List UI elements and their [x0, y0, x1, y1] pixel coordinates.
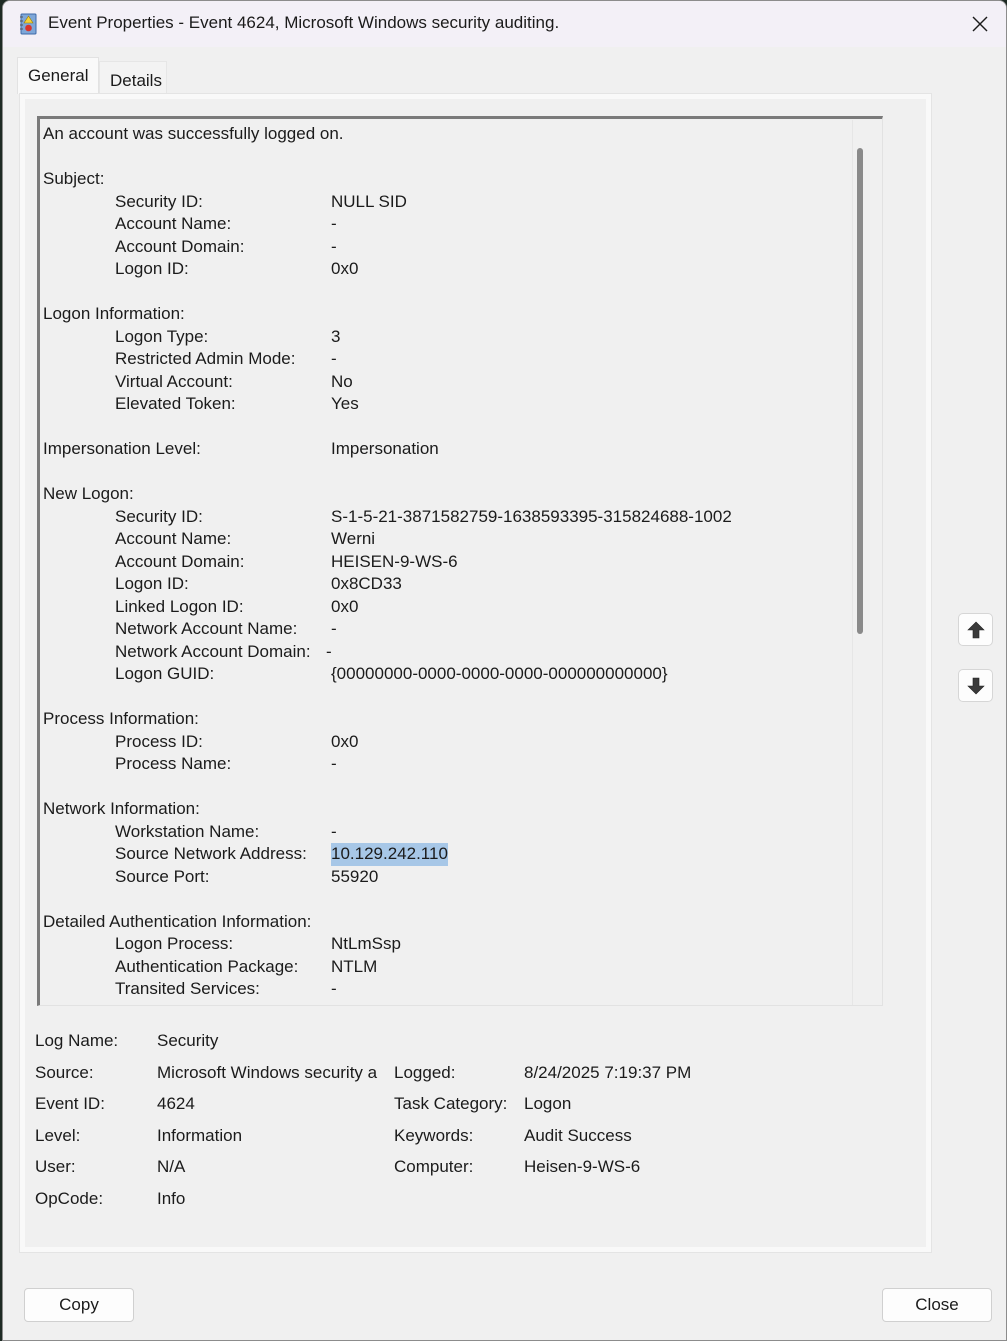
field-value: Impersonation — [331, 438, 439, 461]
metadata-label: User: — [35, 1157, 76, 1177]
metadata-value: Information — [157, 1126, 242, 1146]
field-label: Network Account Domain: — [115, 641, 311, 664]
arrow-down-icon — [966, 676, 986, 696]
metadata-value: N/A — [157, 1157, 185, 1177]
metadata-value: Audit Success — [524, 1126, 632, 1146]
field-value: - — [331, 821, 337, 844]
field-value: No — [331, 371, 353, 394]
field-label: Logon ID: — [115, 573, 189, 596]
field-label: Account Name: — [115, 213, 231, 236]
field-value: NtLmSsp — [331, 933, 401, 956]
field-label: Linked Logon ID: — [115, 596, 244, 619]
field-value: - — [331, 618, 337, 641]
section-header: Subject: — [43, 168, 104, 191]
metadata-label: Keywords: — [394, 1126, 473, 1146]
close-icon — [971, 15, 989, 33]
field-value: - — [331, 753, 337, 776]
field-label: Logon GUID: — [115, 663, 214, 686]
section-header: Network Information: — [43, 798, 200, 821]
field-label: Account Name: — [115, 528, 231, 551]
field-label: Security ID: — [115, 506, 203, 529]
metadata-label: Event ID: — [35, 1094, 105, 1114]
window-title: Event Properties - Event 4624, Microsoft… — [48, 13, 559, 33]
field-label: An account was successfully logged on. — [43, 123, 344, 146]
field-label: Security ID: — [115, 191, 203, 214]
event-properties-dialog: Event Properties - Event 4624, Microsoft… — [2, 0, 1007, 1341]
field-value: Yes — [331, 393, 359, 416]
field-value: 3 — [331, 326, 340, 349]
field-label: Process ID: — [115, 731, 203, 754]
metadata-value: Heisen-9-WS-6 — [524, 1157, 640, 1177]
copy-button[interactable]: Copy — [24, 1288, 134, 1322]
metadata-label: Log Name: — [35, 1031, 118, 1051]
previous-event-button[interactable] — [958, 613, 993, 646]
close-window-button[interactable] — [962, 9, 998, 39]
metadata-label: Task Category: — [394, 1094, 507, 1114]
section-header: Logon Information: — [43, 303, 185, 326]
arrow-up-icon — [966, 620, 986, 640]
metadata-value: Info — [157, 1189, 185, 1209]
field-value: NULL SID — [331, 191, 407, 214]
field-value: - — [331, 978, 337, 1001]
close-button[interactable]: Close — [882, 1288, 992, 1322]
field-value: HEISEN-9-WS-6 — [331, 551, 458, 574]
tab-details[interactable]: Details — [99, 61, 167, 94]
field-label: Transited Services: — [115, 978, 260, 1001]
field-label: Elevated Token: — [115, 393, 236, 416]
field-value: - — [326, 641, 332, 664]
field-label: Network Account Name: — [115, 618, 297, 641]
field-value: 55920 — [331, 866, 378, 889]
metadata-label: Source: — [35, 1063, 94, 1083]
field-label: Impersonation Level: — [43, 438, 201, 461]
metadata-value: Security — [157, 1031, 218, 1051]
metadata-value: 4624 — [157, 1094, 195, 1114]
field-value: 0x0 — [331, 731, 358, 754]
scrollbar-thumb[interactable] — [857, 148, 863, 634]
metadata-label: Level: — [35, 1126, 80, 1146]
field-value: NTLM — [331, 956, 377, 979]
field-label: Account Domain: — [115, 236, 244, 259]
metadata-value: Microsoft Windows security a — [157, 1063, 381, 1083]
metadata-label: OpCode: — [35, 1189, 103, 1209]
section-header: Process Information: — [43, 708, 199, 731]
metadata-label: Computer: — [394, 1157, 473, 1177]
field-label: Virtual Account: — [115, 371, 233, 394]
field-value: Werni — [331, 528, 375, 551]
field-label: Process Name: — [115, 753, 231, 776]
event-description-textbox[interactable]: An account was successfully logged on.Su… — [37, 116, 883, 1006]
field-value: 0x8CD33 — [331, 573, 402, 596]
field-value: - — [331, 236, 337, 259]
event-viewer-icon — [18, 13, 38, 35]
field-label: Logon Type: — [115, 326, 208, 349]
metadata-value: Logon — [524, 1094, 571, 1114]
field-value: - — [331, 213, 337, 236]
field-value: 0x0 — [331, 258, 358, 281]
field-label: Workstation Name: — [115, 821, 259, 844]
field-value: {00000000-0000-0000-0000-000000000000} — [331, 663, 668, 686]
title-bar: Event Properties - Event 4624, Microsoft… — [3, 1, 1006, 47]
metadata-value: 8/24/2025 7:19:37 PM — [524, 1063, 691, 1083]
field-label: Restricted Admin Mode: — [115, 348, 295, 371]
next-event-button[interactable] — [958, 669, 993, 702]
field-value: - — [331, 348, 337, 371]
tab-general[interactable]: General — [17, 57, 99, 94]
description-scrollbar[interactable] — [852, 120, 865, 1005]
field-label: Account Domain: — [115, 551, 244, 574]
section-header: Detailed Authentication Information: — [43, 911, 311, 934]
field-label: Logon ID: — [115, 258, 189, 281]
metadata-label: Logged: — [394, 1063, 455, 1083]
selected-field-value: 10.129.242.110 — [331, 843, 448, 866]
field-label: Authentication Package: — [115, 956, 298, 979]
field-value: S-1-5-21-3871582759-1638593395-315824688… — [331, 506, 732, 529]
field-label: Source Network Address: — [115, 843, 307, 866]
section-header: New Logon: — [43, 483, 134, 506]
field-label: Logon Process: — [115, 933, 233, 956]
field-value: 0x0 — [331, 596, 358, 619]
field-label: Source Port: — [115, 866, 210, 889]
